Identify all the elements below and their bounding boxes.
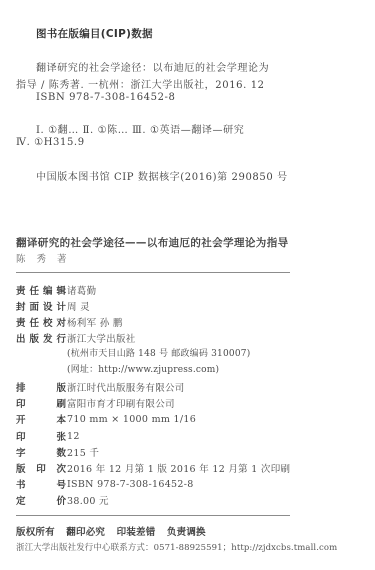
field-label-char: 版 [56, 380, 66, 394]
cip-entry-line1: 翻译研究的社会学途径：以布迪厄的社会学理论为 [36, 59, 269, 74]
field-label: 字数 [16, 445, 66, 459]
field-value: 12 [67, 431, 80, 442]
cip-classification-line2: Ⅳ. ①H315.9 [16, 137, 85, 148]
field-value: 诸葛勤 [67, 283, 96, 297]
field-label-char: 任 [29, 315, 39, 329]
contact-info: 浙江大学出版社发行中心联系方式：0571-88925591；http://zjd… [16, 541, 337, 553]
colophon-field: 定价38.00 元 [16, 492, 109, 508]
field-label-char: 本 [56, 412, 66, 426]
field-label-char: 对 [56, 315, 66, 329]
divider-bottom [16, 515, 290, 516]
field-label-char: 责 [16, 283, 26, 297]
cip-heading: 图书在版编目(CIP)数据 [36, 26, 153, 41]
field-value: 浙江时代出版服务有限公司 [67, 380, 185, 394]
colophon-field: 责任编辑诸葛勤 [16, 282, 96, 298]
colophon-field: 封面设计周 灵 [16, 298, 90, 314]
field-label-char: 书 [16, 477, 26, 491]
colophon-field: 责任校对杨利军 孙 鹏 [16, 314, 123, 330]
field-label-char: 排 [16, 380, 26, 394]
book-author: 陈 秀 著 [16, 251, 71, 265]
field-value: 215 千 [67, 445, 99, 459]
field-label: 定价 [16, 493, 66, 507]
colophon-field: 出版发行浙江大学出版社 [16, 330, 136, 346]
field-label-char: 行 [56, 331, 66, 345]
field-label-char: 发 [43, 331, 53, 345]
copyright-notice: 版权所有 翻印必究 印装差错 负责调换 [16, 524, 206, 538]
cip-entry-line2: 指导 / 陈秀著. 一杭州：浙江大学出版社，2016. 12 [16, 76, 265, 91]
field-label: 出版发行 [16, 331, 66, 345]
field-value: 710 mm × 1000 mm 1/16 [67, 414, 196, 425]
field-label-char: 面 [29, 299, 39, 313]
field-label-char: 计 [56, 299, 66, 313]
field-label-char: 价 [56, 493, 66, 507]
colophon-field: 版印次2016 年 12 月第 1 版 2016 年 12 月第 1 次印刷 [16, 460, 290, 476]
divider-top [16, 272, 290, 273]
field-label-char: 出 [16, 331, 26, 345]
field-label: 封面设计 [16, 299, 66, 313]
book-title: 翻译研究的社会学途径——以布迪厄的社会学理论为指导 [16, 235, 289, 250]
field-label-char: 封 [16, 299, 26, 313]
colophon-field: 书号ISBN 978-7-308-16452-8 [16, 476, 194, 492]
field-label: 开本 [16, 412, 66, 426]
field-label-char: 数 [56, 445, 66, 459]
field-value: 富阳市育才印刷有限公司 [67, 396, 175, 410]
field-value: 2016 年 12 月第 1 版 2016 年 12 月第 1 次印刷 [67, 461, 290, 475]
colophon-field: 印张12 [16, 428, 80, 444]
field-label: 印刷 [16, 396, 66, 410]
cip-classification-line1: Ⅰ. ①翻… Ⅱ. ①陈… Ⅲ. ①英语—翻译—研究 [36, 121, 244, 136]
field-label-char: 编 [43, 283, 53, 297]
field-label: 排版 [16, 380, 66, 394]
field-value: 周 灵 [67, 299, 90, 313]
field-label-char: 字 [16, 445, 26, 459]
field-label: 责任校对 [16, 315, 66, 329]
field-label-char: 版 [29, 331, 39, 345]
field-label-char: 定 [16, 493, 26, 507]
field-label: 责任编辑 [16, 283, 66, 297]
colophon-field: 排版浙江时代出版服务有限公司 [16, 379, 185, 395]
field-label-char: 辑 [56, 283, 66, 297]
field-label-char: 版 [16, 461, 26, 475]
publisher-address: (杭州市天目山路 148 号 邮政编码 310007) [67, 346, 250, 359]
cip-isbn: ISBN 978-7-308-16452-8 [36, 92, 176, 103]
colophon-field: 印刷富阳市育才印刷有限公司 [16, 395, 175, 411]
field-label-char: 设 [43, 299, 53, 313]
field-value: 浙江大学出版社 [67, 331, 136, 345]
field-label: 书号 [16, 477, 66, 491]
field-value: 杨利军 孙 鹏 [67, 315, 123, 329]
field-value: 38.00 元 [67, 493, 109, 507]
field-label-char: 印 [36, 461, 46, 475]
field-label-char: 任 [29, 283, 39, 297]
colophon-field: 开本710 mm × 1000 mm 1/16 [16, 411, 196, 427]
field-label-char: 号 [56, 477, 66, 491]
cip-number: 中国版本图书馆 CIP 数据核字(2016)第 290850 号 [36, 168, 288, 183]
field-label-char: 开 [16, 412, 26, 426]
field-value: ISBN 978-7-308-16452-8 [67, 479, 194, 490]
field-label: 版印次 [16, 461, 66, 475]
field-label-char: 次 [56, 461, 66, 475]
field-label-char: 责 [16, 315, 26, 329]
field-label: 印张 [16, 429, 66, 443]
field-label-char: 校 [43, 315, 53, 329]
field-label-char: 印 [16, 429, 26, 443]
field-label-char: 刷 [56, 396, 66, 410]
field-label-char: 张 [56, 429, 66, 443]
publisher-website: (网址：http://www.zjupress.com) [67, 362, 219, 375]
colophon-field: 字数215 千 [16, 444, 99, 460]
field-label-char: 印 [16, 396, 26, 410]
